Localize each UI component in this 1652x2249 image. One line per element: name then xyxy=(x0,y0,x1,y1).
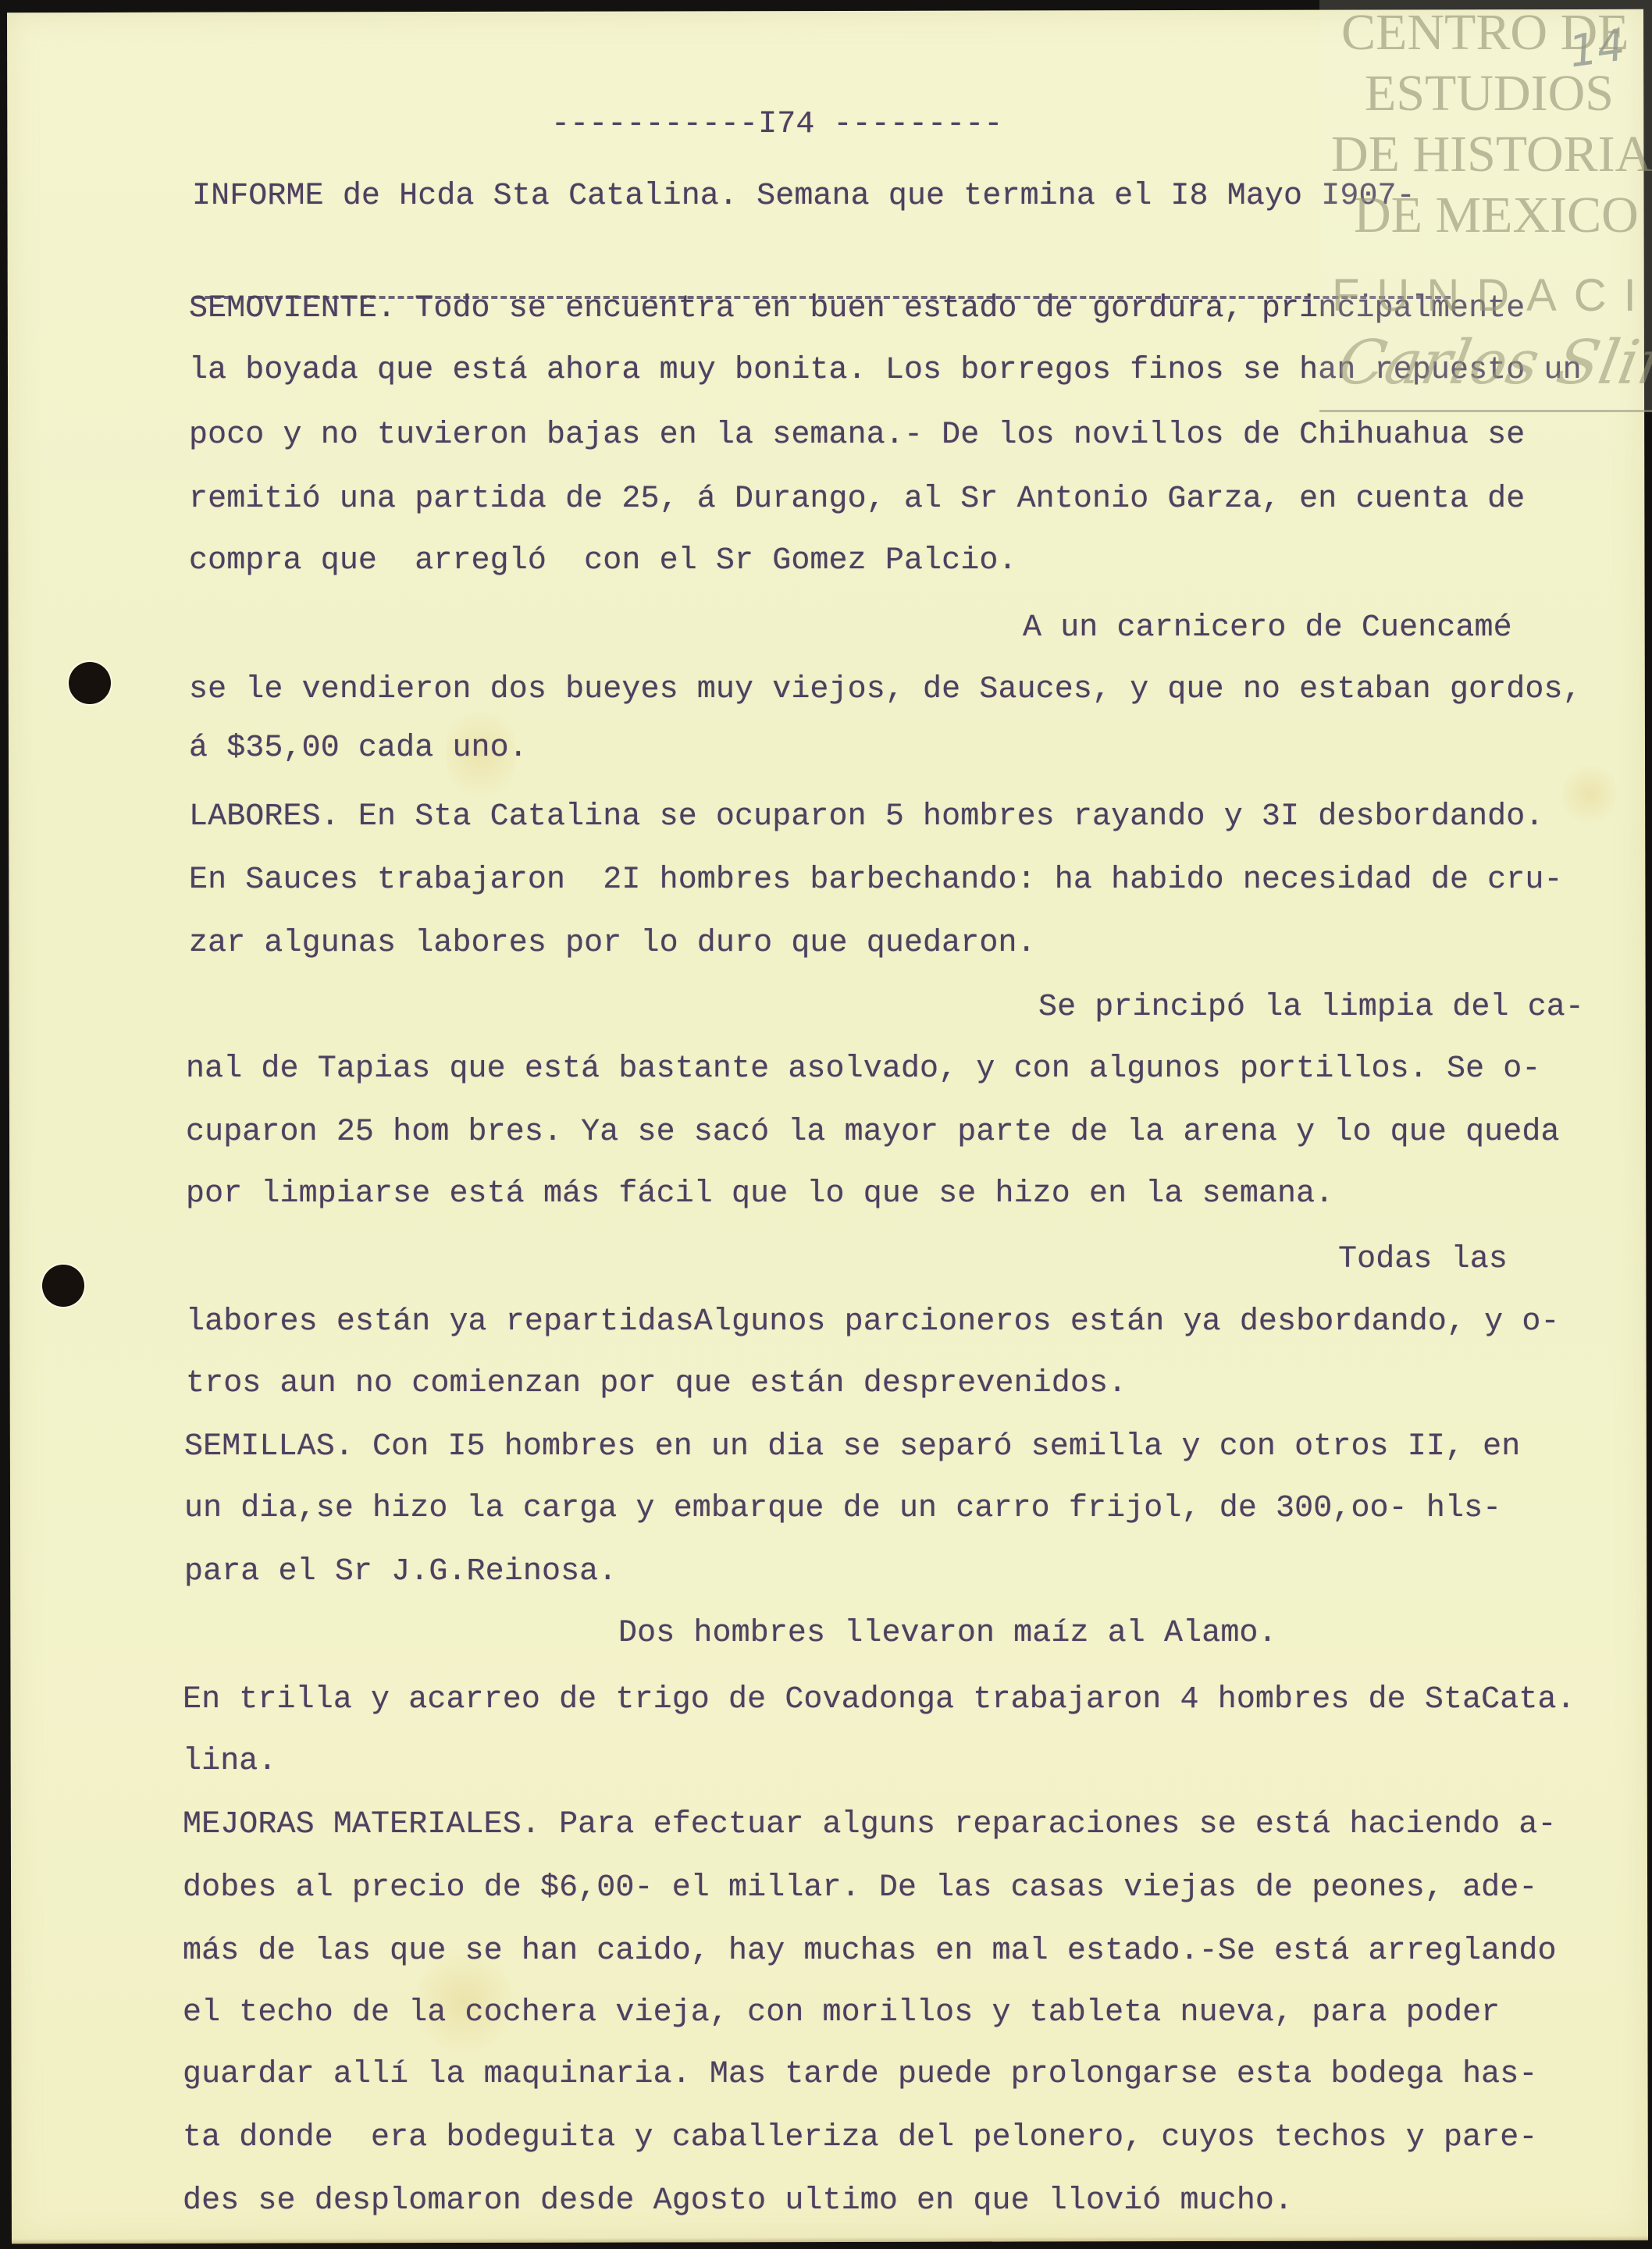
body-line: labores están ya repartidasAlgunos parci… xyxy=(186,1304,1560,1341)
watermark-line: ESTUDIOS xyxy=(1365,64,1614,123)
body-line: MEJORAS MATERIALES. Para efectuar alguns… xyxy=(183,1806,1557,1844)
body-line: En Sauces trabajaron 2I hombres barbecha… xyxy=(189,862,1563,899)
body-line-indented: Se principó la limpia del ca- xyxy=(1038,989,1584,1027)
body-line: SEMILLAS. Con I5 hombres en un dia se se… xyxy=(184,1429,1520,1466)
body-line: á $35,00 cada uno. xyxy=(189,730,528,767)
body-line-indented: Dos hombres llevaron maíz al Alamo. xyxy=(618,1615,1277,1653)
watermark-foundation: FUNDACIÓN xyxy=(1332,269,1652,322)
body-line: lina. xyxy=(183,1743,277,1781)
body-line-indented: Todas las xyxy=(1338,1241,1508,1279)
paper-stain xyxy=(1562,759,1617,829)
watermark-signature: Carlos Slim xyxy=(1333,328,1652,398)
watermark-line: CENTRO DE xyxy=(1341,3,1629,62)
paper-edge xyxy=(12,2236,1648,2244)
body-line: el techo de la cochera vieja, con morill… xyxy=(183,1995,1500,2032)
body-line-indented: A un carnicero de Cuencamé xyxy=(1023,610,1512,647)
body-line: un dia,se hizo la carga y embarque de un… xyxy=(184,1490,1501,1528)
body-line: ta donde era bodeguita y caballeriza del… xyxy=(183,2119,1537,2157)
watermark-line: DE MEXICO xyxy=(1354,186,1639,245)
body-line: se le vendieron dos bueyes muy viejos, d… xyxy=(189,671,1582,709)
punch-hole-icon xyxy=(42,1265,84,1307)
page-number-header: -----------I74 --------- xyxy=(551,106,1003,144)
body-line: zar algunas labores por lo duro que qued… xyxy=(189,925,1036,963)
body-line: por limpiarse está más fácil que lo que … xyxy=(186,1176,1333,1213)
body-line: remitió una partida de 25, á Durango, al… xyxy=(189,481,1525,518)
body-line: dobes al precio de $6,00- el millar. De … xyxy=(183,1870,1537,1907)
body-line: poco y no tuvieron bajas en la semana.- … xyxy=(189,417,1525,454)
body-line: compra que arregló con el Sr Gomez Palci… xyxy=(189,543,1017,580)
body-line: nal de Tapias que está bastante asolvado… xyxy=(186,1051,1540,1088)
body-line: En trilla y acarreo de trigo de Covadong… xyxy=(183,1681,1575,1719)
punch-hole-icon xyxy=(69,662,111,704)
body-line: para el Sr J.G.Reinosa. xyxy=(184,1553,617,1591)
body-line: des se desplomaron desde Agosto ultimo e… xyxy=(183,2183,1293,2220)
body-line: LABORES. En Sta Catalina se ocuparon 5 h… xyxy=(189,799,1543,836)
body-line: tros aun no comienzan por que están desp… xyxy=(186,1365,1127,1403)
body-line: cuparon 25 hom bres. Ya se sacó la mayor… xyxy=(186,1114,1560,1151)
watermark-line: DE HISTORIA xyxy=(1331,125,1652,184)
body-line: guardar allí la maquinaria. Mas tarde pu… xyxy=(183,2056,1537,2094)
document-title: INFORME de Hcda Sta Catalina. Semana que… xyxy=(192,178,1415,215)
body-line: más de las que se han caido, hay muchas … xyxy=(183,1933,1557,1970)
